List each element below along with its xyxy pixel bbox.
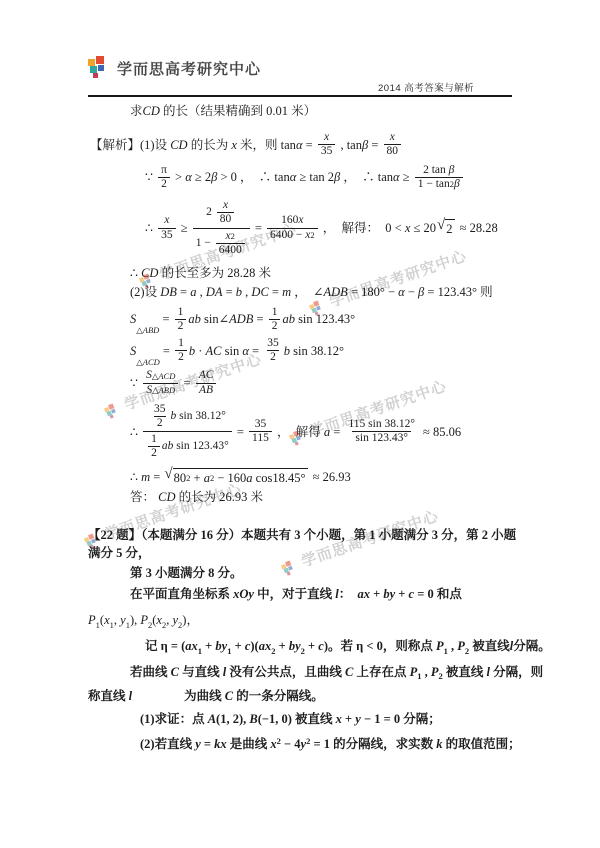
fraction: 352 <box>151 403 169 430</box>
text-segment: , <box>448 638 457 654</box>
text-segment: ), <box>130 612 140 628</box>
text-segment: (−1, 0) 被直线 <box>258 711 336 727</box>
text-segment: x <box>223 199 228 212</box>
text-segment: , <box>196 284 205 300</box>
text-segment: ax <box>357 586 370 602</box>
text-segment: ∴ <box>130 469 141 485</box>
text-segment: 为曲线 <box>184 688 225 704</box>
text-line: (2)设 DB = a , DA = b , DC = m ， ∠ADB = 1… <box>130 284 518 300</box>
text-segment: (1)求证：点 <box>140 711 208 727</box>
text-line: (2)若直线 y = kx 是曲线 x2 − 4y2 = 1 的分隔线，求实数 … <box>140 736 518 752</box>
text-segment: = <box>253 311 266 327</box>
text-segment: 中，对于直线 <box>254 586 335 602</box>
text-segment: ∴ <box>130 424 141 440</box>
text-segment: 2 <box>151 447 157 460</box>
text-segment: ≥ 2 <box>192 169 211 185</box>
text-segment: = 1 的分隔线，求实数 <box>310 736 436 752</box>
text-segment: = <box>159 311 172 327</box>
fraction: S△ACDS△ABD <box>143 369 178 396</box>
text-segment: by <box>215 638 227 654</box>
text-segment: , tan <box>337 137 362 153</box>
text-segment: + <box>231 638 244 654</box>
text-segment: ： <box>339 586 358 602</box>
text-segment: C <box>345 664 353 680</box>
text-segment: 6400 <box>219 244 242 257</box>
logo-square <box>88 59 95 66</box>
text-segment: 的长（结果精确到 0.01 米） <box>160 103 316 119</box>
text-segment: 1 <box>178 337 184 350</box>
text-segment: 的长至多为 28.28 米 <box>158 265 271 281</box>
text-segment: 在平面直角坐标系 <box>130 586 233 602</box>
text-segment: sin 123.43° <box>355 432 408 445</box>
fraction: 12 <box>269 306 281 333</box>
text-segment: ， 解得 <box>274 424 324 440</box>
text-segment: · <box>195 343 205 359</box>
text-segment: + <box>190 470 203 486</box>
text-segment: = <box>269 284 282 300</box>
text-segment: 35 <box>321 145 333 158</box>
text-segment: 2 <box>270 351 276 364</box>
text-segment: 满分 5 分， <box>88 545 151 561</box>
text-segment: x <box>298 214 303 227</box>
text-segment: 1 <box>178 306 184 319</box>
text-segment: = <box>252 220 265 236</box>
text-segment: 【解析】(1)设 <box>90 137 170 153</box>
text-line: ∴ x35 ≥ 2 x801 − x26400 = 160x6400 − x2 … <box>145 197 518 259</box>
text-segment: 上存在点 <box>353 664 409 680</box>
logo-square <box>90 66 97 73</box>
text-segment: 6400 − <box>270 229 305 242</box>
text-segment: x <box>324 131 329 144</box>
radical: √2 <box>437 219 455 237</box>
radical: √802 + a2 − 160a cos18.45° <box>164 468 308 486</box>
text-segment: 1 − tan <box>418 178 450 191</box>
text-line: 称直线 l为曲线 C 的一条分隔线。 <box>88 688 518 704</box>
text-segment: ab <box>282 311 295 327</box>
text-segment: ADB <box>229 311 253 327</box>
fraction: 2 tan β1 − tan2β <box>415 164 463 191</box>
text-segment: l <box>129 688 132 704</box>
text-segment: 被直线 <box>469 638 510 654</box>
text-segment: + <box>370 586 383 602</box>
text-segment: ≤ 20 <box>410 220 436 236</box>
text-segment: DA <box>206 284 223 300</box>
text-segment: ， ∴ tan <box>340 169 393 185</box>
fraction: x80 <box>217 199 235 226</box>
text-segment: − 160 <box>214 470 246 486</box>
text-segment: 的取值范围； <box>442 736 520 752</box>
text-segment: 被直线 <box>443 664 487 680</box>
logo-square <box>93 73 98 78</box>
text-segment: = <box>368 137 381 153</box>
brand-name: 学而思高考研究中心 <box>117 58 261 79</box>
text-segment: π <box>161 164 167 177</box>
text-segment: xOy <box>233 586 254 602</box>
text-segment: C <box>171 664 179 680</box>
text-segment: cos18.45° <box>253 470 306 486</box>
text-segment: − <box>405 284 418 300</box>
text-segment: P <box>431 664 439 680</box>
text-segment: m <box>141 469 150 485</box>
text-segment: = <box>177 284 190 300</box>
fraction: x26400 <box>216 230 245 257</box>
text-segment: by <box>289 638 301 654</box>
text-segment: AC <box>199 369 214 382</box>
text-segment: P <box>436 638 444 654</box>
text-segment: 2 <box>446 221 452 237</box>
text-segment: ∴ <box>130 265 141 281</box>
text-segment: 与直线 <box>179 664 223 680</box>
text-line: ∴ CD 的长至多为 28.28 米 <box>130 265 518 281</box>
text-segment: 2 <box>206 206 215 219</box>
text-segment: 是曲线 <box>227 736 271 752</box>
text-segment: C <box>225 688 233 704</box>
text-line: 答： CD 的长为 26.93 米 <box>130 489 518 505</box>
text-line: S△ACD = 12b · AC sin α = 352b sin 38.12° <box>130 336 518 365</box>
text-segment: sin 123.43° <box>173 440 228 453</box>
text-segment: 2 <box>161 178 167 191</box>
text-segment: CD <box>143 103 160 119</box>
text-segment: = <box>234 424 247 440</box>
text-segment: + <box>395 586 408 602</box>
text-segment: △ACD <box>136 358 160 367</box>
text-segment: = <box>160 343 173 359</box>
text-segment: + <box>342 711 355 727</box>
logo-square <box>98 65 104 71</box>
text-segment: △ABD <box>136 326 159 335</box>
text-line: ∵ S△ACDS△ABD = ACAB <box>130 368 518 397</box>
text-line: 【解析】(1)设 CD 的长为 x 米，则 tanα = x35 , tanβ … <box>90 130 518 159</box>
text-line: P1(x1, y1), P2(x2, y2)， <box>88 612 518 628</box>
text-segment: AC <box>206 343 222 359</box>
fraction: 115 sin 38.12°sin 123.43° <box>345 418 417 445</box>
text-line: (1)求证：点 A(1, 2), B(−1, 0) 被直线 x + y − 1 … <box>140 711 518 727</box>
text-segment: sin 38.12° <box>290 343 344 359</box>
text-segment: kx <box>214 736 227 752</box>
text-segment: = <box>201 736 214 752</box>
document-body: 求CD 的长（结果精确到 0.01 米）【解析】(1)设 CD 的长为 x 米，… <box>88 100 518 753</box>
text-segment: m <box>282 284 291 300</box>
text-line: ∴ m = √802 + a2 − 160a cos18.45° ≈ 26.93 <box>130 468 518 486</box>
brand: 学而思高考研究中心 <box>88 56 261 80</box>
text-segment: B <box>249 711 257 727</box>
text-segment: > 0 ， ∴ tan <box>217 169 289 185</box>
text-segment: DC <box>251 284 268 300</box>
text-line: 第 3 小题满分 8 分。 <box>130 565 518 581</box>
fraction: 12 <box>175 306 187 333</box>
text-segment: − 4 <box>281 736 301 752</box>
text-segment: 80 <box>220 213 232 226</box>
text-segment: 没有公共点，且曲线 <box>226 664 345 680</box>
text-segment: △ABD <box>152 386 175 395</box>
text-segment: CD <box>170 137 187 153</box>
text-line: ∴ 352b sin 38.12°12ab sin 123.43° = 3511… <box>130 401 518 463</box>
text-segment: = 0 和点 <box>414 586 462 602</box>
text-segment: ≈ 26.93 <box>309 469 350 485</box>
text-segment: 第 3 小题满分 8 分。 <box>130 565 243 581</box>
text-segment: = <box>222 284 235 300</box>
text-segment: , <box>422 664 431 680</box>
fraction: x35 <box>158 214 176 241</box>
text-segment: x <box>164 214 169 227</box>
text-segment: 1 − <box>196 237 214 250</box>
text-segment: 分隔，则 <box>490 664 543 680</box>
text-segment: 分隔。 <box>513 638 551 654</box>
text-segment: DB <box>160 284 177 300</box>
text-segment: 的一条分隔线。 <box>233 688 324 704</box>
fraction: 35115 <box>249 418 272 445</box>
text-segment: )， <box>182 612 199 628</box>
text-segment: − 1 = 0 分隔； <box>361 711 441 727</box>
text-segment: β <box>449 164 455 177</box>
text-segment: = <box>180 375 193 391</box>
text-segment: 2 <box>272 320 278 333</box>
text-segment: ab <box>162 440 174 453</box>
text-line: 记 η = (ax1 + by1 + c)(ax2 + by2 + c)。若 η… <box>145 638 518 654</box>
text-segment: CD <box>158 489 175 505</box>
text-segment: = 123.43° 则 <box>424 284 492 300</box>
text-segment: ， ∠ <box>291 284 323 300</box>
text-segment: P <box>88 612 96 628</box>
text-segment: sin 38.12° <box>176 410 226 423</box>
text-line: 在平面直角坐标系 xOy 中，对于直线 l： ax + by + c = 0 和… <box>130 586 518 602</box>
fraction: x80 <box>384 131 402 158</box>
text-segment: )。若 η < 0，则称点 <box>324 638 436 654</box>
fraction: x35 <box>318 131 336 158</box>
fraction: 352 <box>264 337 282 364</box>
text-segment: )( <box>250 638 258 654</box>
text-segment: 的长为 <box>188 137 232 153</box>
text-segment: 35 <box>154 403 166 416</box>
text-segment: ∵ <box>145 169 156 185</box>
text-segment: ≈ 85.06 <box>420 424 461 440</box>
text-segment: x <box>390 131 395 144</box>
text-segment: 【22 题】（本题满分 16 分）本题共有 3 个小题，第 1 小题满分 3 分… <box>88 527 516 543</box>
text-segment: 2 <box>178 320 184 333</box>
text-segment: β <box>454 178 460 191</box>
text-line: S△ABD = 12ab sin∠ADB = 12ab sin 123.43° <box>130 305 518 334</box>
fraction: 12 <box>175 337 187 364</box>
text-line: 满分 5 分， <box>88 545 518 561</box>
text-segment: (1, 2), <box>216 711 249 727</box>
edition-label: 2014 高考答案与解析 <box>378 80 474 94</box>
text-segment: + <box>275 638 288 654</box>
text-segment: ≈ 28.28 <box>456 220 497 236</box>
text-segment: 答： <box>130 489 158 505</box>
text-segment: P <box>457 638 465 654</box>
logo-square <box>96 56 104 64</box>
text-segment: 2 tan <box>423 164 449 177</box>
text-segment: AB <box>199 384 213 397</box>
text-segment: 2 <box>157 417 163 430</box>
text-segment: 1 <box>151 433 157 446</box>
text-segment: sin <box>222 343 243 359</box>
brand-logo-icon <box>88 56 110 80</box>
text-segment: 35 <box>267 337 279 350</box>
text-segment: ∴ <box>145 220 156 236</box>
text-line: 若曲线 C 与直线 l 没有公共点，且曲线 C 上存在点 P1 , P2 被直线… <box>130 664 518 680</box>
header-divider <box>88 95 512 97</box>
text-segment: P <box>410 664 418 680</box>
text-segment: 称直线 <box>88 688 129 704</box>
text-segment: 的长为 26.93 米 <box>176 489 264 505</box>
text-segment: P <box>140 612 148 628</box>
text-segment: = <box>330 424 343 440</box>
text-segment: ， 解得： 0 < <box>320 220 405 236</box>
text-line: ∵ π2 > α ≥ 2β > 0 ， ∴ tanα ≥ tan 2β ， ∴ … <box>145 163 518 192</box>
text-segment: ab <box>188 311 201 327</box>
fraction: ACAB <box>196 369 217 396</box>
text-segment: + <box>305 638 318 654</box>
text-segment: + <box>202 638 215 654</box>
text-segment: 求 <box>130 103 143 119</box>
text-segment: ax <box>185 638 198 654</box>
text-segment: 160 <box>281 214 298 227</box>
text-segment: ax <box>259 638 272 654</box>
fraction: 352b sin 38.12°12ab sin 123.43° <box>143 402 232 462</box>
fraction: π2 <box>158 164 170 191</box>
text-segment: = 180° − <box>348 284 398 300</box>
text-segment: 35 <box>161 229 173 242</box>
text-segment: = <box>303 137 316 153</box>
text-segment: by <box>383 586 395 602</box>
fraction: 12 <box>148 433 160 460</box>
text-segment: CD <box>141 265 158 281</box>
text-segment: 2 <box>310 231 314 240</box>
text-segment: 80 <box>387 145 399 158</box>
text-segment: = <box>249 343 262 359</box>
text-segment: 记 η = ( <box>145 638 185 654</box>
text-segment: 115 sin 38.12° <box>348 418 414 431</box>
text-segment: sin∠ <box>201 311 229 327</box>
text-segment: 米，则 tan <box>237 137 296 153</box>
text-segment: 1 <box>272 306 278 319</box>
text-segment: > <box>172 169 185 185</box>
text-segment: 2 <box>178 351 184 364</box>
text-segment: (2)若直线 <box>140 736 195 752</box>
text-segment: △ACD <box>152 372 176 381</box>
text-segment: A <box>208 711 216 727</box>
text-segment: 若曲线 <box>130 664 171 680</box>
text-segment: (2)设 <box>130 284 160 300</box>
fraction: 2 x801 − x26400 <box>193 198 250 258</box>
text-segment: ≥ tan 2 <box>296 169 334 185</box>
text-line: 求CD 的长（结果精确到 0.01 米） <box>130 103 518 119</box>
text-segment: ≥ <box>400 169 413 185</box>
text-segment: 35 <box>255 418 267 431</box>
text-segment: ADB <box>324 284 348 300</box>
text-line: 【22 题】（本题满分 16 分）本题共有 3 个小题，第 1 小题满分 3 分… <box>88 527 518 543</box>
text-segment: sin 123.43° <box>295 311 355 327</box>
text-segment: 80 <box>174 470 187 486</box>
text-segment: 115 <box>252 432 269 445</box>
text-segment: ∵ <box>130 375 141 391</box>
text-segment: = <box>150 469 163 485</box>
text-segment: ≥ <box>178 220 191 236</box>
text-segment: 2 <box>231 232 235 241</box>
fraction: 160x6400 − x2 <box>267 214 318 241</box>
